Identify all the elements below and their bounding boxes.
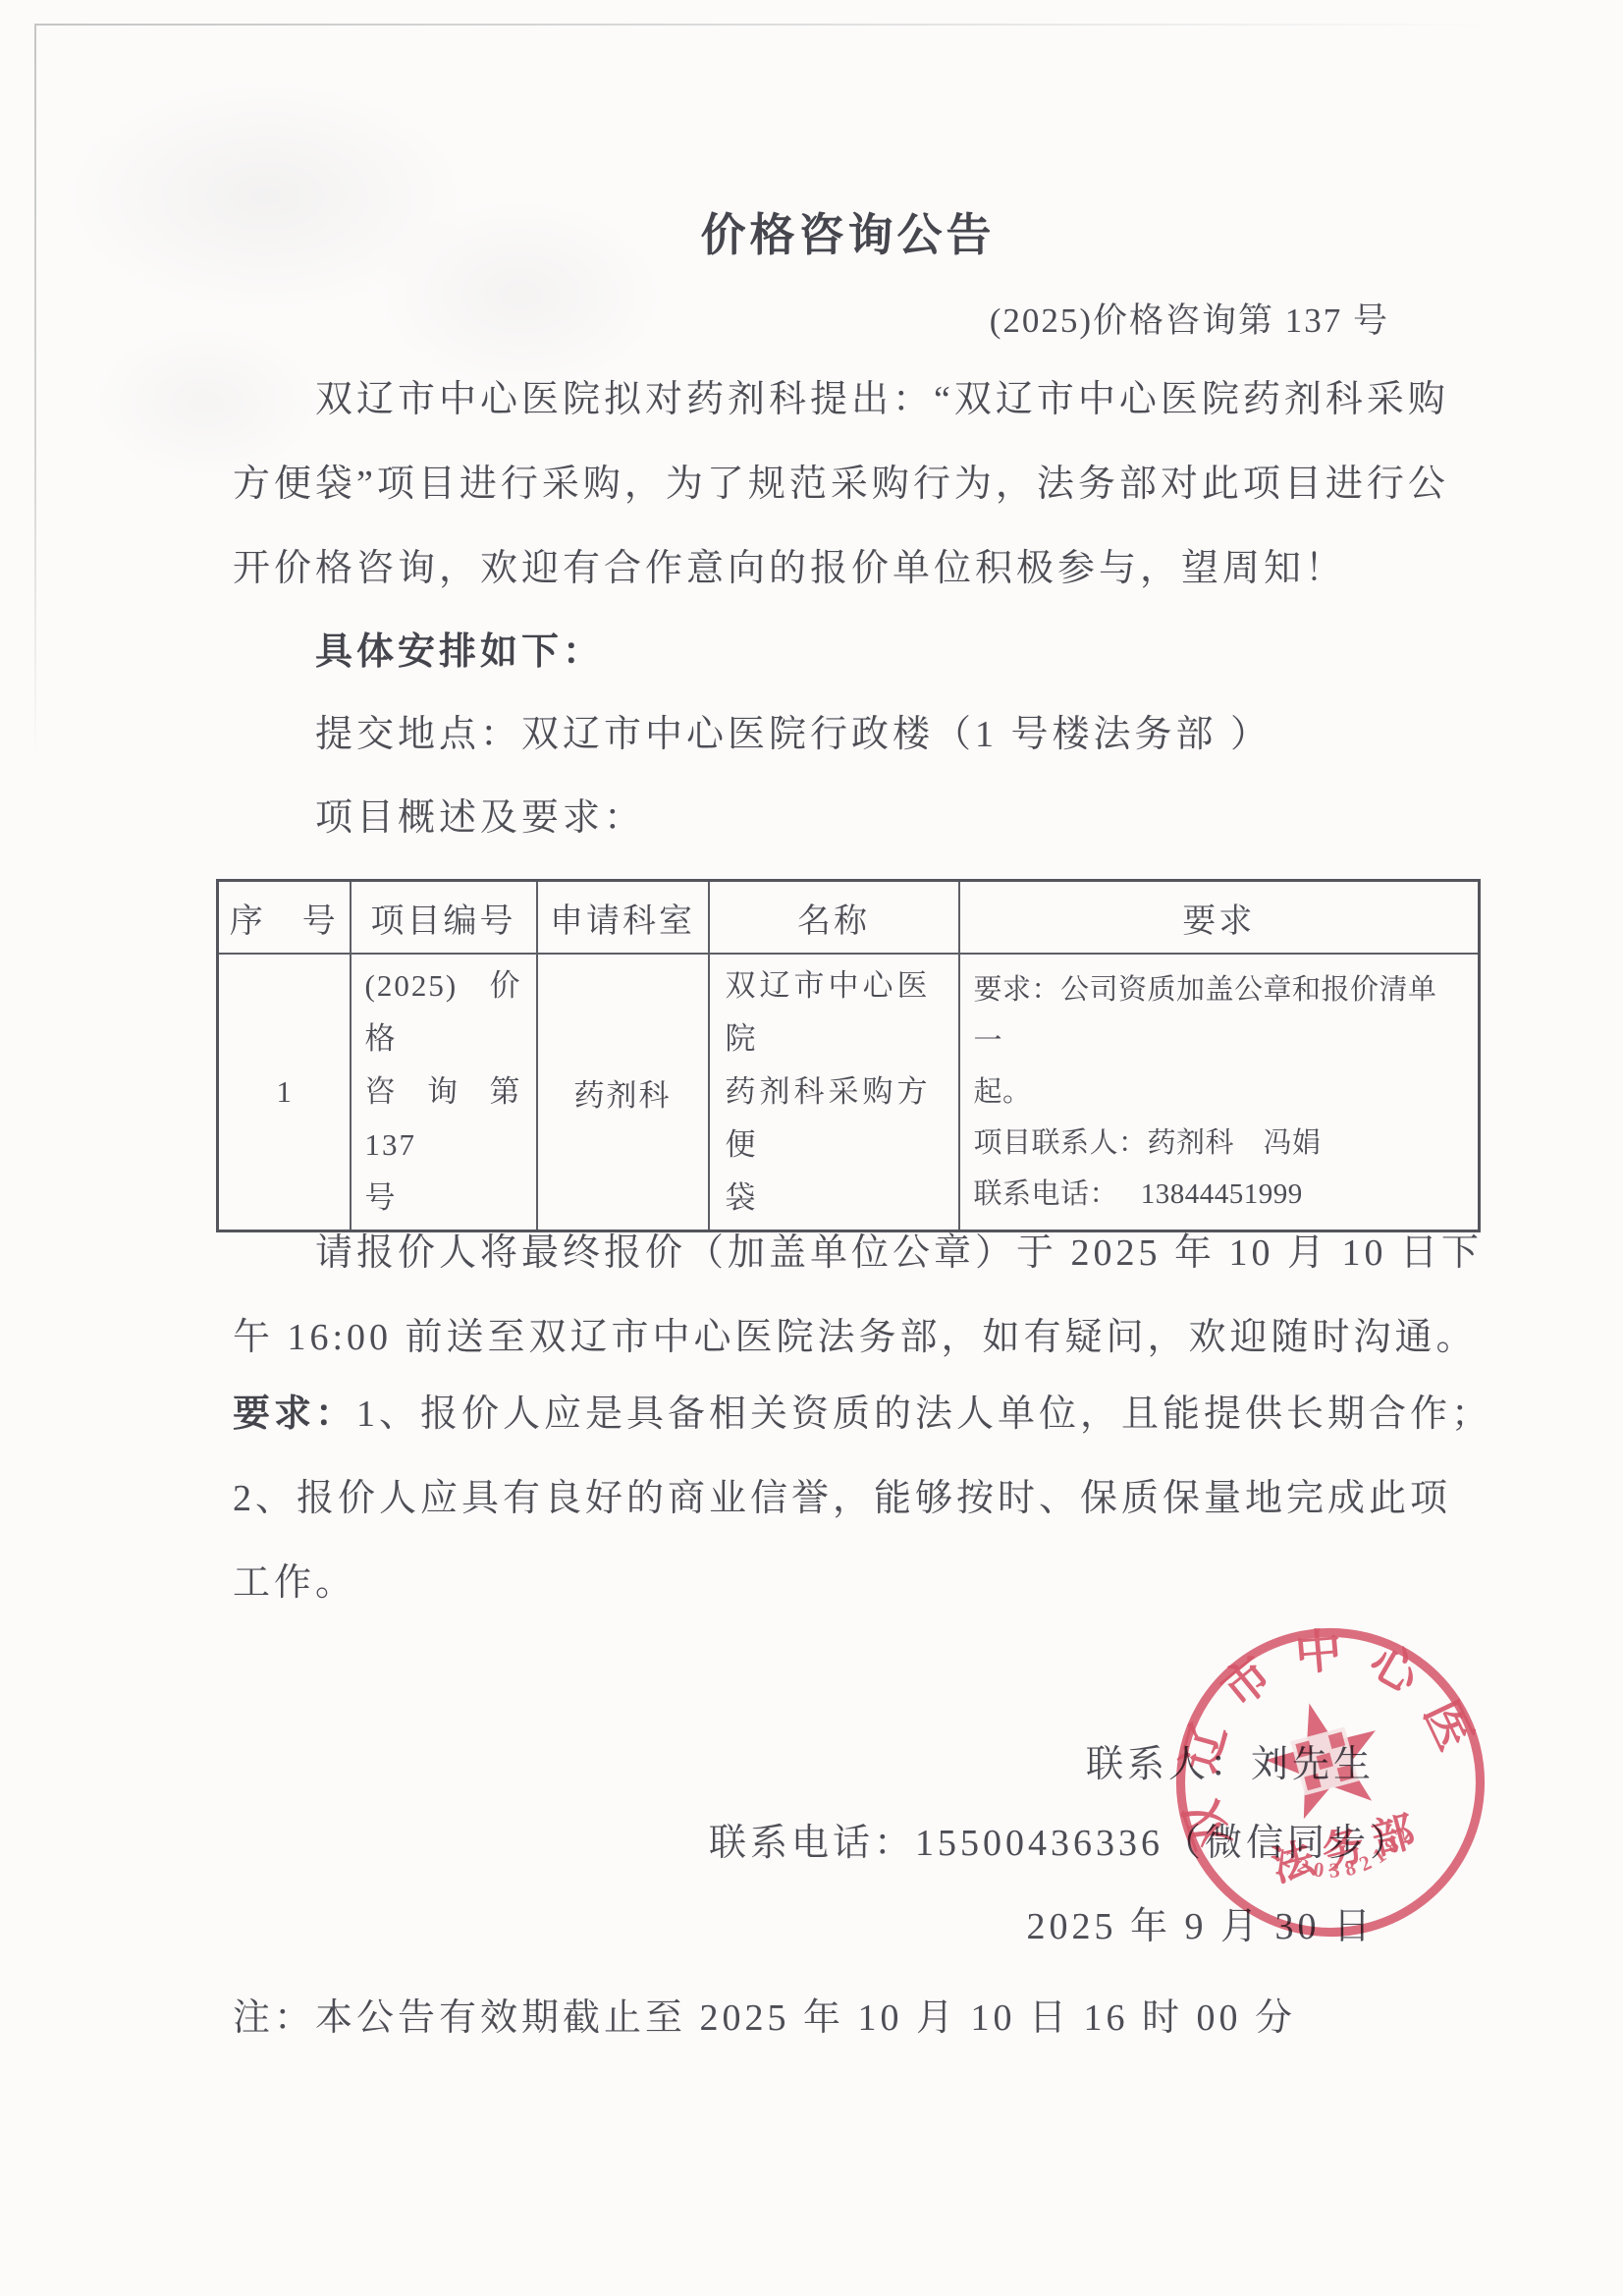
- cell-name: 双辽市中心医院 药剂科采购方便 袋: [709, 954, 959, 1231]
- intro-paragraph: 双辽市中心医院拟对药剂科提出：“双辽市中心医院药剂科采购 方便袋”项目进行采购，…: [233, 357, 1476, 611]
- scan-edge-left: [34, 24, 36, 760]
- table-header-row: 序 号 项目编号 申请科室 名称 要求: [218, 881, 1480, 955]
- requirement-line-1: 要求：公司资质加盖公章和报价清单一: [974, 964, 1465, 1066]
- requirements-line-1: 要求：1、报价人应是具备相关资质的法人单位，且能提供长期合作；: [233, 1372, 1476, 1456]
- table-header-department: 申请科室: [537, 881, 709, 955]
- intro-line-2: 方便袋”项目进行采购，为了规范采购行为，法务部对此项目进行公: [233, 442, 1476, 526]
- scan-smudge: [59, 79, 471, 314]
- name-line-1: 双辽市中心医院: [726, 959, 943, 1066]
- validity-note: 注：本公告有效期截止至 2025 年 10 月 10 日 16 时 00 分: [233, 1987, 1296, 2041]
- name-line-2: 药剂科采购方便: [726, 1066, 943, 1172]
- scan-edge-top: [34, 24, 1576, 26]
- arrangement-heading: 具体安排如下：: [315, 631, 604, 675]
- deadline-line-1: 请报价人将最终报价（加盖单位公章）于 2025 年 10 月 10 日下: [233, 1211, 1476, 1295]
- cell-department: 药剂科: [537, 954, 709, 1231]
- project-no-line-2: 咨询第 137: [365, 1066, 522, 1172]
- table-row: 1 (2025) 价 格 咨询第 137 号 药剂科 双辽市中心医院 药剂科采购…: [218, 954, 1480, 1231]
- table-header-name: 名称: [709, 881, 959, 955]
- cell-requirement: 要求：公司资质加盖公章和报价清单一 起。 项目联系人：药剂科 冯娟 联系电话： …: [959, 954, 1480, 1231]
- project-table: 序 号 项目编号 申请科室 名称 要求 1 (2025) 价 格 咨询第 137…: [216, 879, 1481, 1232]
- intro-line-3: 开价格咨询，欢迎有合作意向的报价单位积极参与，望周知！: [233, 526, 1476, 611]
- table-header-requirement: 要求: [959, 881, 1480, 955]
- deadline-line-2: 午 16:00 前送至双辽市中心医院法务部，如有疑问，欢迎随时沟通。: [233, 1295, 1476, 1380]
- requirement-line-2: 起。: [974, 1066, 1465, 1118]
- requirement-line-3: 项目联系人：药剂科 冯娟: [974, 1118, 1465, 1169]
- table-header-project-no: 项目编号: [351, 881, 537, 955]
- requirements-label: 要求：: [233, 1394, 356, 1435]
- cell-project-no: (2025) 价 格 咨询第 137 号: [351, 954, 537, 1231]
- deadline-paragraph: 请报价人将最终报价（加盖单位公章）于 2025 年 10 月 10 日下 午 1…: [233, 1211, 1476, 1380]
- requirements-paragraph: 要求：1、报价人应是具备相关资质的法人单位，且能提供长期合作； 2、报价人应具有…: [233, 1372, 1476, 1625]
- table-header-seq: 序 号: [218, 881, 351, 955]
- overview-heading: 项目概述及要求：: [315, 797, 645, 841]
- document-title: 价格咨询公告: [233, 199, 1463, 264]
- requirements-item-1: 1、报价人应是具备相关资质的法人单位，且能提供长期合作；: [356, 1394, 1492, 1435]
- document-page: 价格咨询公告 (2025)价格咨询第 137 号 双辽市中心医院拟对药剂科提出：…: [0, 0, 1623, 2296]
- cell-seq: 1: [218, 954, 351, 1231]
- stamp-serial-text: 2203821827906: [1110, 1572, 1425, 1927]
- project-no-line-1: (2025) 价 格: [365, 959, 522, 1066]
- svg-text:2203821827906: 2203821827906: [1110, 1572, 1425, 1927]
- requirements-line-2: 2、报价人应具有良好的商业信誉，能够按时、保质保量地完成此项: [233, 1456, 1476, 1541]
- document-number: (2025)价格咨询第 137 号: [990, 302, 1389, 341]
- submission-location-line: 提交地点：双辽市中心医院行政楼（1 号楼法务部 ）: [315, 714, 1271, 757]
- intro-line-1: 双辽市中心医院拟对药剂科提出：“双辽市中心医院药剂科采购: [233, 357, 1476, 442]
